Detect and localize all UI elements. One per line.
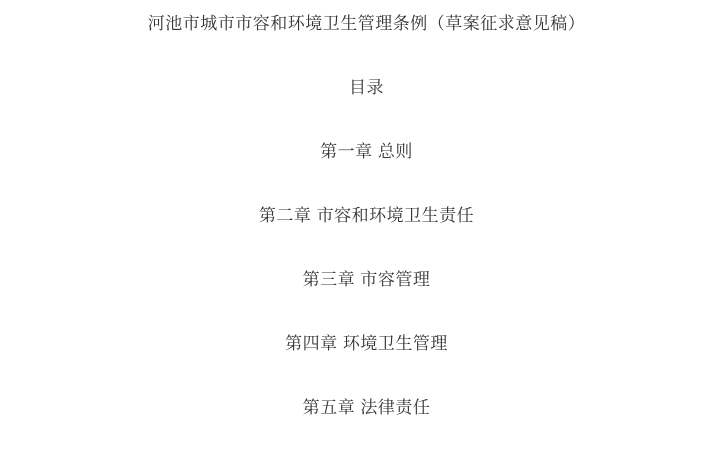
toc-chapter-3: 第三章 市容管理 <box>23 266 710 294</box>
toc-chapter-1: 第一章 总则 <box>23 138 710 166</box>
toc-heading: 目录 <box>23 74 710 102</box>
document-title: 河池市城市市容和环境卫生管理条例（草案征求意见稿） <box>23 10 710 38</box>
toc-chapter-4: 第四章 环境卫生管理 <box>23 330 710 358</box>
toc-chapter-5: 第五章 法律责任 <box>23 394 710 422</box>
toc-chapter-2: 第二章 市容和环境卫生责任 <box>23 202 710 230</box>
document-page: 河池市城市市容和环境卫生管理条例（草案征求意见稿） 目录 第一章 总则 第二章 … <box>0 0 710 470</box>
